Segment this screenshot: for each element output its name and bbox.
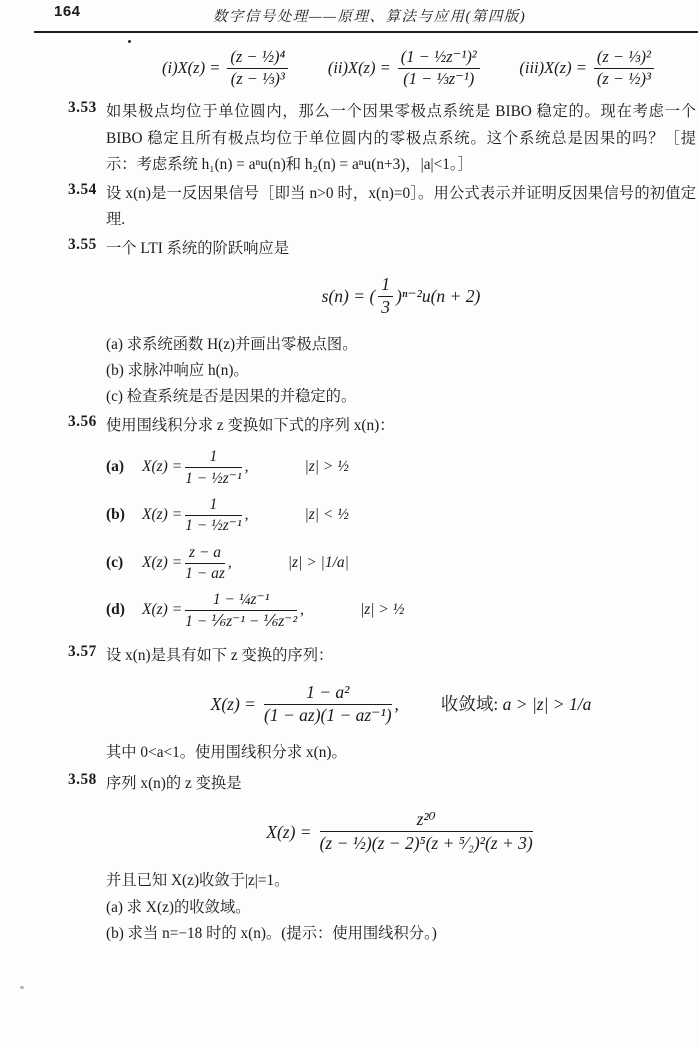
problem-3-55-number: 3.55 [68, 236, 106, 411]
problem-3-55: 3.55 一个 LTI 系统的阶跃响应是 s(n) = (13)ⁿ⁻²u(n +… [68, 236, 699, 411]
problem-3-56-item-d: (d) X(z) = 1 − ¼z⁻¹1 − ⅙z⁻¹ − ⅙z⁻² , |z|… [106, 591, 696, 630]
problem-3-55-item-c: (c) 检查系统是否是因果的并稳定的。 [106, 384, 696, 410]
one-third-fraction: 13 [378, 275, 393, 318]
scan-speck [128, 40, 131, 43]
problem-3-55-intro: 一个 LTI 系统的阶跃响应是 [106, 236, 696, 263]
problem-3-54-number: 3.54 [68, 181, 106, 234]
problem-3-58-body: 序列 x(n)的 z 变换是 X(z) = z²⁰(z − ½)(z − 2)⁵… [106, 771, 699, 948]
formula-row-i-ii-iii: (i)X(z) = (z − ½)⁴ (z − ⅓)³ (ii)X(z) = (… [162, 48, 657, 89]
formula-ii-lhs: (ii)X(z) = [328, 58, 391, 78]
problem-3-53-number: 3.53 [68, 99, 106, 179]
formula-ii: (ii)X(z) = (1 − ½z⁻¹)² (1 − ⅓z⁻¹) [328, 48, 483, 89]
problem-3-53: 3.53 如果极点均位于单位圆内，那么一个因果零极点系统是 BIBO 稳定的。现… [68, 99, 699, 179]
formula-ii-fraction: (1 − ½z⁻¹)² (1 − ⅓z⁻¹) [398, 48, 480, 89]
formula-iii-fraction: (z − ⅓)² (z − ½)³ [594, 48, 654, 89]
problem-3-58-item-b: (b) 求当 n=−18 时的 x(n)。(提示：使用围线积分。) [106, 921, 696, 947]
problem-3-58-intro: 序列 x(n)的 z 变换是 [106, 771, 696, 798]
problem-3-55-item-b: (b) 求脉冲响应 h(n)。 [106, 358, 696, 384]
roc-a: |z| > ½ [305, 454, 349, 481]
xz-formula-3-58: X(z) = z²⁰(z − ½)(z − 2)⁵(z + ⁵⁄₂)²(z + … [106, 810, 696, 853]
problem-3-56-number: 3.56 [68, 413, 106, 639]
problem-3-57-number: 3.57 [68, 643, 106, 766]
problem-3-56-body: 使用围线积分求 z 变换如下式的序列 x(n)： (a) X(z) = 11 −… [106, 413, 699, 639]
step-response-formula: s(n) = (13)ⁿ⁻²u(n + 2) [106, 275, 696, 318]
problem-3-58-number: 3.58 [68, 771, 106, 948]
fraction-a: 11 − ½z⁻¹ [185, 448, 241, 487]
problem-3-57-body: 设 x(n)是具有如下 z 变换的序列： X(z) = 1 − a²(1 − a… [106, 643, 699, 766]
formula-i-fraction: (z − ½)⁴ (z − ⅓)³ [227, 48, 288, 89]
formula-iii-lhs: (iii)X(z) = [519, 58, 587, 78]
xz-formula-3-57: X(z) = 1 − a²(1 − az)(1 − az⁻¹) , 收敛域: a… [106, 683, 696, 726]
problem-3-54-text: 设 x(n)是一反因果信号［即当 n>0 时，x(n)=0］。用公式表示并证明反… [106, 181, 699, 234]
problem-3-57: 3.57 设 x(n)是具有如下 z 变换的序列： X(z) = 1 − a²(… [68, 643, 699, 766]
problem-3-57-outro: 其中 0<a<1。使用围线积分求 x(n)。 [106, 740, 696, 767]
page-header: 164 数字信号处理——原理、算法与应用(第四版) [0, 0, 699, 27]
scanned-book-page: 164 数字信号处理——原理、算法与应用(第四版) (i)X(z) = (z −… [0, 0, 699, 1047]
formula-i: (i)X(z) = (z − ½)⁴ (z − ⅓)³ [162, 48, 291, 89]
book-title: 数字信号处理——原理、算法与应用(第四版) [0, 5, 699, 26]
roc-c: |z| > |1/a| [288, 550, 349, 577]
fraction-b: 11 − ½z⁻¹ [185, 496, 241, 535]
problem-3-58: 3.58 序列 x(n)的 z 变换是 X(z) = z²⁰(z − ½)(z … [68, 771, 699, 948]
problem-3-54: 3.54 设 x(n)是一反因果信号［即当 n>0 时，x(n)=0］。用公式表… [68, 181, 699, 234]
problem-3-57-intro: 设 x(n)是具有如下 z 变换的序列： [106, 643, 696, 670]
page-number: 164 [54, 3, 81, 20]
fraction-d: 1 − ¼z⁻¹1 − ⅙z⁻¹ − ⅙z⁻² [185, 591, 297, 630]
problem-3-56-item-a: (a) X(z) = 11 − ½z⁻¹ , |z| > ½ [106, 448, 696, 487]
problem-3-56-intro: 使用围线积分求 z 变换如下式的序列 x(n)： [106, 413, 696, 440]
header-rule [34, 31, 698, 33]
problem-3-55-body: 一个 LTI 系统的阶跃响应是 s(n) = (13)ⁿ⁻²u(n + 2) (… [106, 236, 699, 411]
problem-3-56-item-c: (c) X(z) = z − a1 − az , |z| > |1/a| [106, 544, 696, 583]
problem-3-56: 3.56 使用围线积分求 z 变换如下式的序列 x(n)： (a) X(z) =… [68, 413, 699, 639]
formula-iii: (iii)X(z) = (z − ⅓)² (z − ½)³ [519, 48, 657, 89]
roc-d: |z| > ½ [360, 597, 404, 624]
fraction-3-58: z²⁰(z − ½)(z − 2)⁵(z + ⁵⁄₂)²(z + 3) [320, 810, 533, 853]
problem-3-58-item-a: (a) 求 X(z)的收敛域。 [106, 895, 696, 921]
roc-b: |z| < ½ [305, 502, 349, 529]
problem-3-58-line2: 并且已知 X(z)收敛于|z|=1。 [106, 868, 696, 895]
problem-3-53-text: 如果极点均位于单位圆内，那么一个因果零极点系统是 BIBO 稳定的。现在考虑一个… [106, 99, 699, 179]
problem-3-56-item-b: (b) X(z) = 11 − ½z⁻¹ , |z| < ½ [106, 496, 696, 535]
fraction-c: z − a1 − az [185, 544, 225, 583]
roc-3-57: 收敛域: a > |z| > 1/a [441, 689, 591, 719]
formula-i-lhs: (i)X(z) = [162, 58, 220, 78]
scan-speck [20, 986, 24, 989]
fraction-3-57: 1 − a²(1 − az)(1 − az⁻¹) [264, 683, 392, 726]
problem-3-55-item-a: (a) 求系统函数 H(z)并画出零极点图。 [106, 332, 696, 358]
